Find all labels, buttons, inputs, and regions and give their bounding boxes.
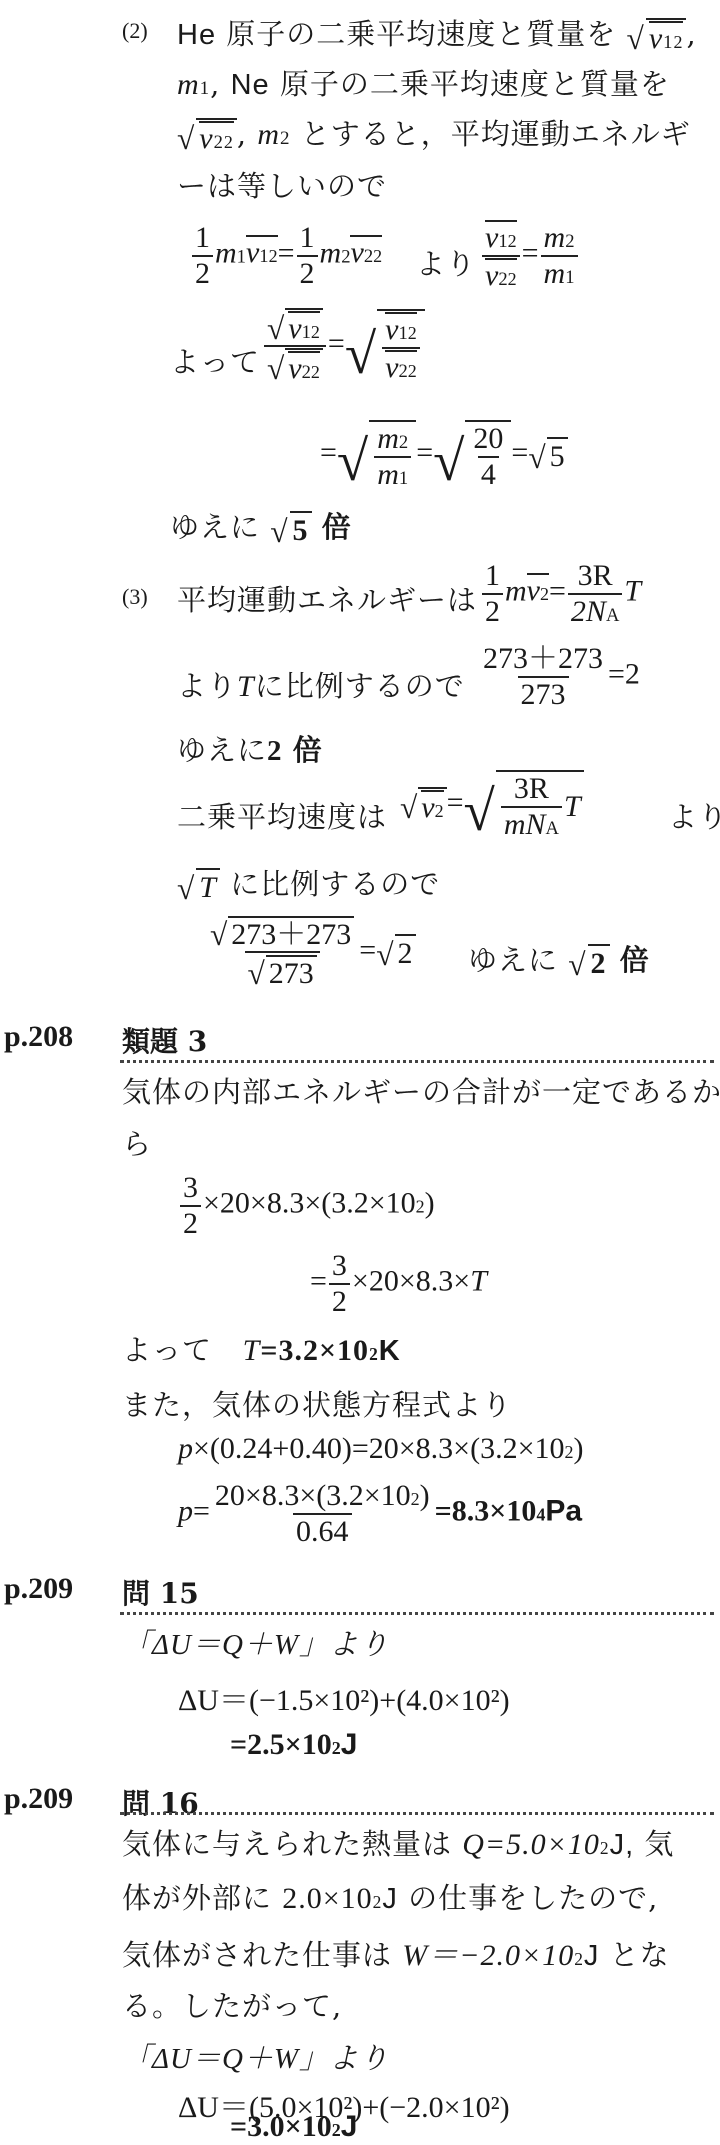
- section-title-q16: 問 16: [122, 1782, 199, 1822]
- part-2-sqrt-mass: =√m2m1=√204=√5: [320, 420, 568, 490]
- part-3-result-1: ゆえに2 倍: [177, 728, 323, 769]
- yori-1: より: [416, 242, 476, 283]
- part-3-sqrt-ratio: √273＋273√273=√2: [205, 915, 416, 990]
- s1-energy-equation-right: =32×20×8.3×T: [310, 1250, 487, 1317]
- part-2-equation-kinetic: 12m1v12=12m2v22: [190, 222, 382, 289]
- part-2-label: (2): [122, 18, 148, 44]
- part-2-sqrt-ratio: √v12√v22=√v12v22: [262, 308, 425, 384]
- s3-line-3: 気体がされた仕事は W＝−2.0×102J とな: [122, 1930, 670, 1974]
- s1-line-2: ら: [122, 1122, 152, 1163]
- section-title-ruidai-3: 類題 3: [122, 1020, 207, 1060]
- s1-temperature-result: よって T=3.2×102K: [122, 1328, 401, 1369]
- part-3-result-2: ゆえに √2 倍: [468, 938, 650, 981]
- s3-rule: 「ΔU＝Q＋W」より: [122, 2036, 389, 2077]
- dotted-divider: [120, 1060, 714, 1063]
- s2-rule: 「ΔU＝Q＋W」より: [122, 1622, 389, 1663]
- part-3-label: (3): [122, 584, 148, 610]
- s1-state-equation: p×(0.24+0.40)=20×8.3×(3.2×102): [178, 1432, 583, 1466]
- part-3-line-4: 二乗平均速度は: [177, 795, 387, 836]
- part-3-line-5: √T に比例するので: [177, 862, 440, 905]
- page-ref-209-a: p.209: [4, 1572, 73, 1606]
- s1-line-mata: また，気体の状態方程式より: [122, 1383, 512, 1424]
- s2-result: =2.5×102J: [230, 1728, 357, 1762]
- part-2-line-3: √v22, m2 とすると，平均運動エネルギ: [177, 112, 691, 154]
- dotted-divider: [120, 1612, 714, 1615]
- s3-line-2: 体が外部に 2.0×102J の仕事をしたので,: [122, 1876, 658, 1917]
- page-ref-208: p.208: [4, 1020, 73, 1054]
- part-3-line-1: 平均運動エネルギーは: [177, 578, 477, 619]
- sqrt-v2-squared: √v22: [177, 118, 237, 154]
- s3-result: =3.0×102J: [230, 2110, 357, 2144]
- part-2-line-2: m1, Ne 原子の二乗平均速度と質量を: [177, 62, 670, 103]
- s1-pressure-result: p=20×8.3×(3.2×102)0.64=8.3×104Pa: [178, 1480, 582, 1547]
- sqrt-v1-squared: √v12: [627, 18, 687, 54]
- part-2-ratio-equation: v12v22=m2m1: [480, 220, 580, 291]
- part-3-kinetic-equation: 12mv2=3R2NAT: [480, 560, 641, 627]
- dotted-divider: [120, 1812, 714, 1815]
- part-2-line-4: ーは等しいので: [177, 164, 387, 205]
- part-3-line-2: よりTに比例するので: [177, 664, 465, 705]
- s2-equation-1: ΔU＝(−1.5×10²)+(4.0×10²): [178, 1675, 510, 1719]
- yori-3: より: [668, 795, 720, 836]
- s1-line-1: 気体の内部エネルギーの合計が一定であるか: [122, 1070, 720, 1111]
- part-3-rms-equation: √v2=√3RmNAT: [400, 770, 584, 840]
- part-2-line-1: He 原子の二乗平均速度と質量を √v12,: [177, 12, 697, 54]
- s3-line-4: る。したがって,: [122, 1984, 342, 2025]
- yotte-1: よって: [170, 340, 260, 381]
- page-ref-209-b: p.209: [4, 1782, 73, 1816]
- s3-line-1: 気体に与えられた熱量は Q=5.0×102J, 気: [122, 1822, 674, 1863]
- section-title-q15: 問 15: [122, 1572, 199, 1612]
- part-2-result: ゆえに √5 倍: [170, 505, 352, 548]
- part-3-temperature-ratio: 273＋273273=2: [478, 643, 640, 710]
- s1-energy-equation-left: 32×20×8.3×(3.2×102): [178, 1172, 435, 1239]
